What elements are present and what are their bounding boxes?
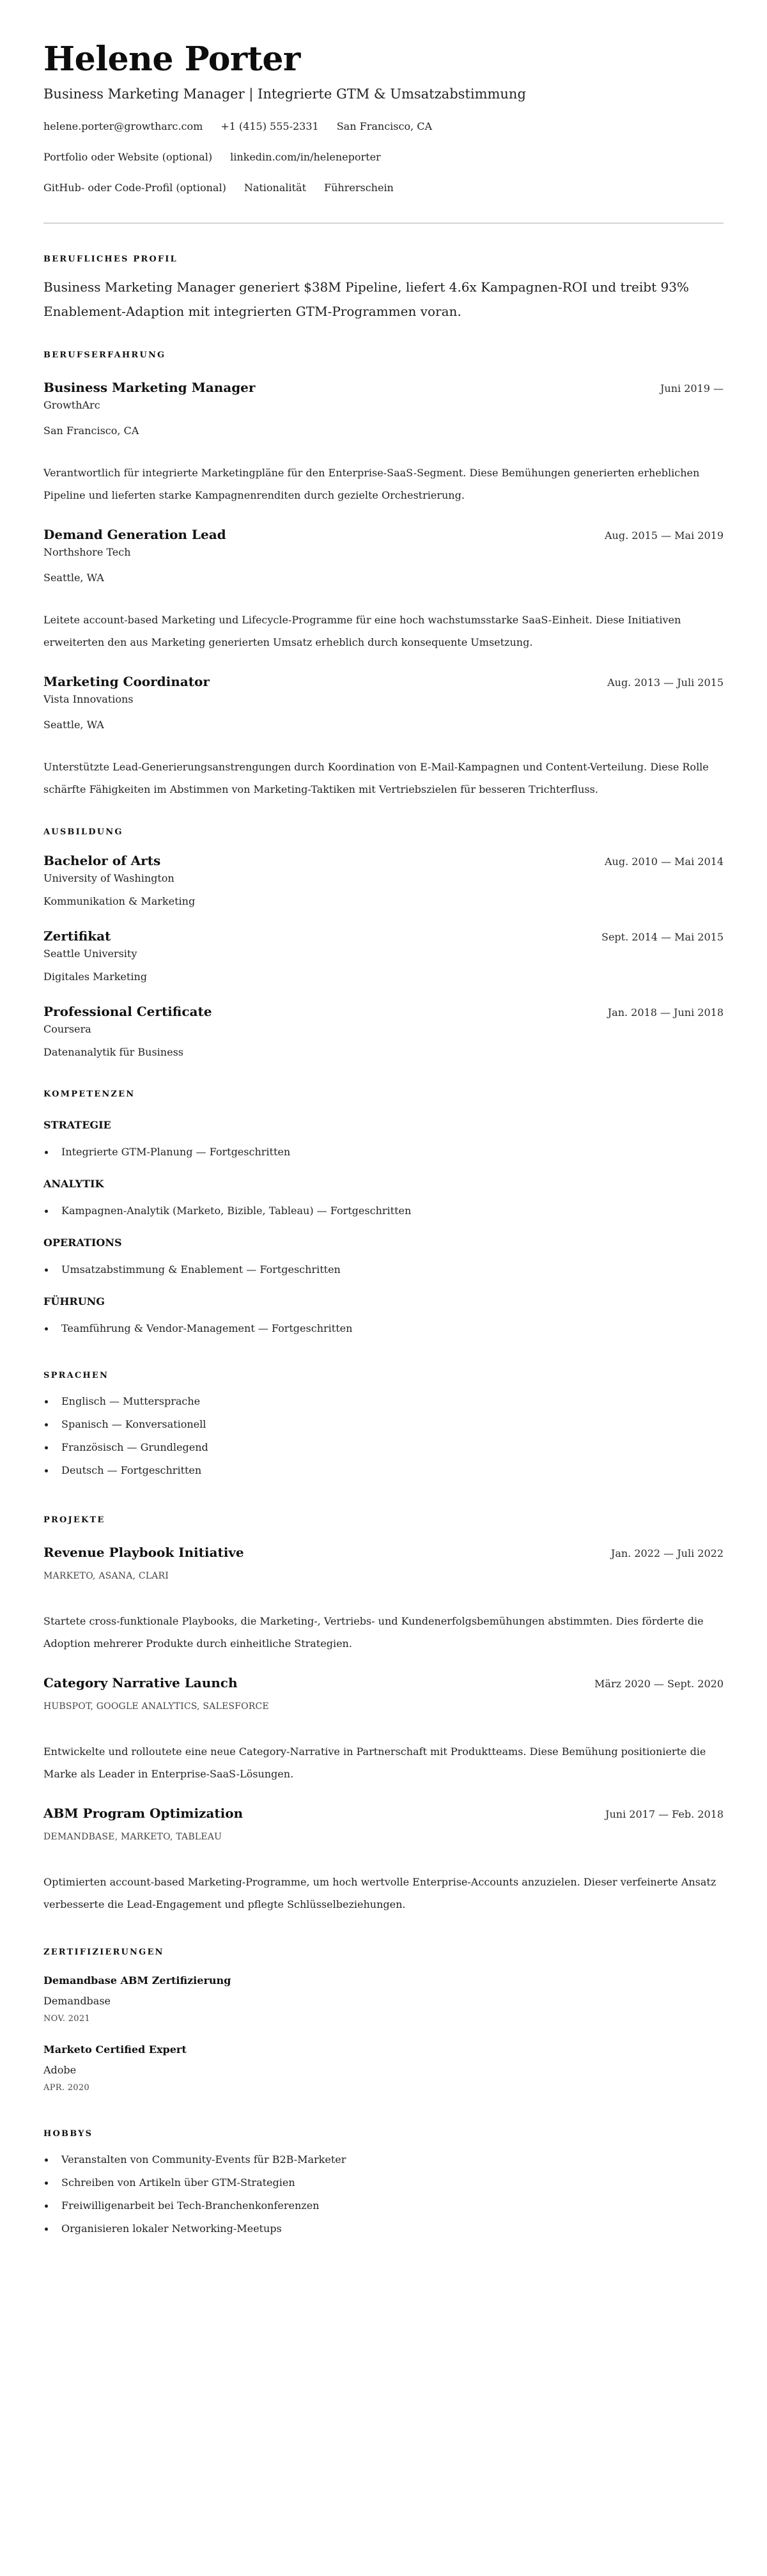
section-title: Berufliches Profil xyxy=(43,253,724,266)
field-of-study: Datenanalytik für Business xyxy=(43,1045,724,1060)
hobby-item: Schreiben von Artikeln über GTM-Strategi… xyxy=(43,2175,724,2190)
contact-row: GitHub- oder Code-Profil (optional) Nati… xyxy=(43,180,724,196)
project-tech-stack: HUBSPOT, GOOGLE ANALYTICS, SALESFORCE xyxy=(43,1699,724,1713)
certification-date: APR. 2020 xyxy=(43,2082,724,2095)
experience-entry: Demand Generation Lead Aug. 2015 — Mai 2… xyxy=(43,526,724,653)
contact-email[interactable]: helene.porter@growtharc.com xyxy=(43,119,203,134)
language-item: Englisch — Muttersprache xyxy=(43,1394,724,1409)
candidate-headline: Business Marketing Manager | Integrierte… xyxy=(43,84,724,104)
education-date: Aug. 2010 — Mai 2014 xyxy=(605,854,724,870)
job-title: Business Marketing Manager xyxy=(43,379,255,396)
section-education: Ausbildung Bachelor of Arts Aug. 2010 — … xyxy=(43,826,724,1060)
job-location: Seattle, WA xyxy=(43,570,724,586)
education-entry: Professional Certificate Jan. 2018 — Jun… xyxy=(43,1003,724,1060)
contact-portfolio[interactable]: Portfolio oder Website (optional) xyxy=(43,150,212,165)
job-location: Seattle, WA xyxy=(43,717,724,733)
project-date: Jan. 2022 — Juli 2022 xyxy=(611,1546,724,1561)
school-name: University of Washington xyxy=(43,871,724,886)
certification-entry: Demandbase ABM Zertifizierung Demandbase… xyxy=(43,1973,724,2026)
degree-title: Professional Certificate xyxy=(43,1003,212,1020)
project-date: Juni 2017 — Feb. 2018 xyxy=(605,1807,724,1822)
experience-entry: Marketing Coordinator Aug. 2013 — Juli 2… xyxy=(43,673,724,800)
project-tech-stack: DEMANDBASE, MARKETO, TABLEAU xyxy=(43,1830,724,1844)
degree-title: Zertifikat xyxy=(43,927,111,945)
contact-nationality: Nationalität xyxy=(244,180,306,196)
section-title: Projekte xyxy=(43,1514,724,1527)
skill-category: Analytik xyxy=(43,1176,724,1192)
section-experience: Berufserfahrung Business Marketing Manag… xyxy=(43,349,724,800)
section-projects: Projekte Revenue Playbook Initiative Jan… xyxy=(43,1514,724,1916)
section-certifications: Zertifizierungen Demandbase ABM Zertifiz… xyxy=(43,1946,724,2095)
certification-name: Marketo Certified Expert xyxy=(43,2042,724,2057)
job-company: Northshore Tech xyxy=(43,545,724,560)
language-item: Deutsch — Fortgeschritten xyxy=(43,1463,724,1478)
education-entry: Zertifikat Sept. 2014 — Mai 2015 Seattle… xyxy=(43,927,724,985)
project-tech-stack: MARKETO, ASANA, CLARI xyxy=(43,1569,724,1583)
resume-page: Helene Porter Business Marketing Manager… xyxy=(0,0,767,2275)
skill-item: Umsatzabstimmung & Enablement — Fortgesc… xyxy=(43,1262,724,1277)
job-title: Marketing Coordinator xyxy=(43,673,210,691)
project-entry: ABM Program Optimization Juni 2017 — Feb… xyxy=(43,1804,724,1916)
hobby-item: Organisieren lokaler Networking-Meetups xyxy=(43,2221,724,2236)
certification-entry: Marketo Certified Expert Adobe APR. 2020 xyxy=(43,2042,724,2095)
contact-drivers-license: Führerschein xyxy=(324,180,394,196)
project-title: ABM Program Optimization xyxy=(43,1804,243,1822)
section-title: Hobbys xyxy=(43,2128,724,2141)
contact-phone[interactable]: +1 (415) 555-2331 xyxy=(221,119,318,134)
contact-row: Portfolio oder Website (optional) linked… xyxy=(43,150,724,165)
section-title: Zertifizierungen xyxy=(43,1946,724,1959)
job-date: Aug. 2015 — Mai 2019 xyxy=(605,528,724,543)
section-title: Ausbildung xyxy=(43,826,724,839)
resume-header: Helene Porter Business Marketing Manager… xyxy=(43,37,724,196)
certification-name: Demandbase ABM Zertifizierung xyxy=(43,1973,724,1988)
field-of-study: Digitales Marketing xyxy=(43,969,724,985)
skill-group: Führung Teamführung & Vendor-Management … xyxy=(43,1294,724,1336)
experience-entry: Business Marketing Manager Juni 2019 — G… xyxy=(43,379,724,506)
certification-issuer: Demandbase xyxy=(43,1994,724,2009)
school-name: Seattle University xyxy=(43,946,724,962)
section-languages: Sprachen Englisch — Muttersprache Spanis… xyxy=(43,1370,724,1478)
field-of-study: Kommunikation & Marketing xyxy=(43,894,724,909)
job-location: San Francisco, CA xyxy=(43,423,724,439)
project-entry: Revenue Playbook Initiative Jan. 2022 — … xyxy=(43,1543,724,1655)
certification-issuer: Adobe xyxy=(43,2063,724,2078)
job-date: Aug. 2013 — Juli 2015 xyxy=(607,675,724,691)
school-name: Coursera xyxy=(43,1022,724,1037)
hobby-item: Veranstalten von Community-Events für B2… xyxy=(43,2152,724,2167)
education-entry: Bachelor of Arts Aug. 2010 — Mai 2014 Un… xyxy=(43,852,724,909)
job-description: Unterstützte Lead-Generierungsanstrengun… xyxy=(43,756,724,800)
skill-group: Strategie Integrierte GTM-Planung — Fort… xyxy=(43,1118,724,1160)
skill-category: Führung xyxy=(43,1294,724,1309)
project-description: Optimierten account-based Marketing-Prog… xyxy=(43,1871,724,1916)
project-description: Entwickelte und rolloutete eine neue Cat… xyxy=(43,1740,724,1785)
language-item: Spanisch — Konversationell xyxy=(43,1417,724,1432)
section-title: Sprachen xyxy=(43,1370,724,1382)
education-date: Jan. 2018 — Juni 2018 xyxy=(608,1005,724,1020)
section-skills: Kompetenzen Strategie Integrierte GTM-Pl… xyxy=(43,1088,724,1336)
contact-linkedin[interactable]: linkedin.com/in/heleneporter xyxy=(230,150,381,165)
hobby-item: Freiwilligenarbeit bei Tech-Branchenkonf… xyxy=(43,2198,724,2213)
job-date: Juni 2019 — xyxy=(660,381,724,396)
candidate-name: Helene Porter xyxy=(43,37,724,82)
job-description: Leitete account-based Marketing und Life… xyxy=(43,609,724,653)
job-company: GrowthArc xyxy=(43,398,724,413)
contact-location: San Francisco, CA xyxy=(337,119,432,134)
project-title: Category Narrative Launch xyxy=(43,1674,238,1692)
skill-item: Teamführung & Vendor-Management — Fortge… xyxy=(43,1321,724,1336)
skill-category: Operations xyxy=(43,1235,724,1251)
project-entry: Category Narrative Launch März 2020 — Se… xyxy=(43,1674,724,1785)
section-hobbies: Hobbys Veranstalten von Community-Events… xyxy=(43,2128,724,2236)
degree-title: Bachelor of Arts xyxy=(43,852,160,870)
skill-category: Strategie xyxy=(43,1118,724,1133)
language-item: Französisch — Grundlegend xyxy=(43,1440,724,1455)
section-profile: Berufliches Profil Business Marketing Ma… xyxy=(43,253,724,324)
skill-item: Integrierte GTM-Planung — Fortgeschritte… xyxy=(43,1144,724,1160)
skill-group: Operations Umsatzabstimmung & Enablement… xyxy=(43,1235,724,1277)
header-divider xyxy=(43,222,724,224)
contact-github[interactable]: GitHub- oder Code-Profil (optional) xyxy=(43,180,226,196)
project-title: Revenue Playbook Initiative xyxy=(43,1543,244,1561)
education-date: Sept. 2014 — Mai 2015 xyxy=(601,930,724,945)
job-description: Verantwortlich für integrierte Marketing… xyxy=(43,462,724,506)
job-title: Demand Generation Lead xyxy=(43,526,226,543)
section-title: Berufserfahrung xyxy=(43,349,724,362)
job-company: Vista Innovations xyxy=(43,692,724,707)
section-title: Kompetenzen xyxy=(43,1088,724,1101)
skill-item: Kampagnen-Analytik (Marketo, Bizible, Ta… xyxy=(43,1203,724,1219)
certification-date: NOV. 2021 xyxy=(43,2013,724,2026)
profile-summary: Business Marketing Manager generiert $38… xyxy=(43,275,724,324)
skill-group: Analytik Kampagnen-Analytik (Marketo, Bi… xyxy=(43,1176,724,1219)
project-date: März 2020 — Sept. 2020 xyxy=(594,1676,724,1692)
contact-row: helene.porter@growtharc.com +1 (415) 555… xyxy=(43,119,724,134)
project-description: Startete cross-funktionale Playbooks, di… xyxy=(43,1610,724,1655)
